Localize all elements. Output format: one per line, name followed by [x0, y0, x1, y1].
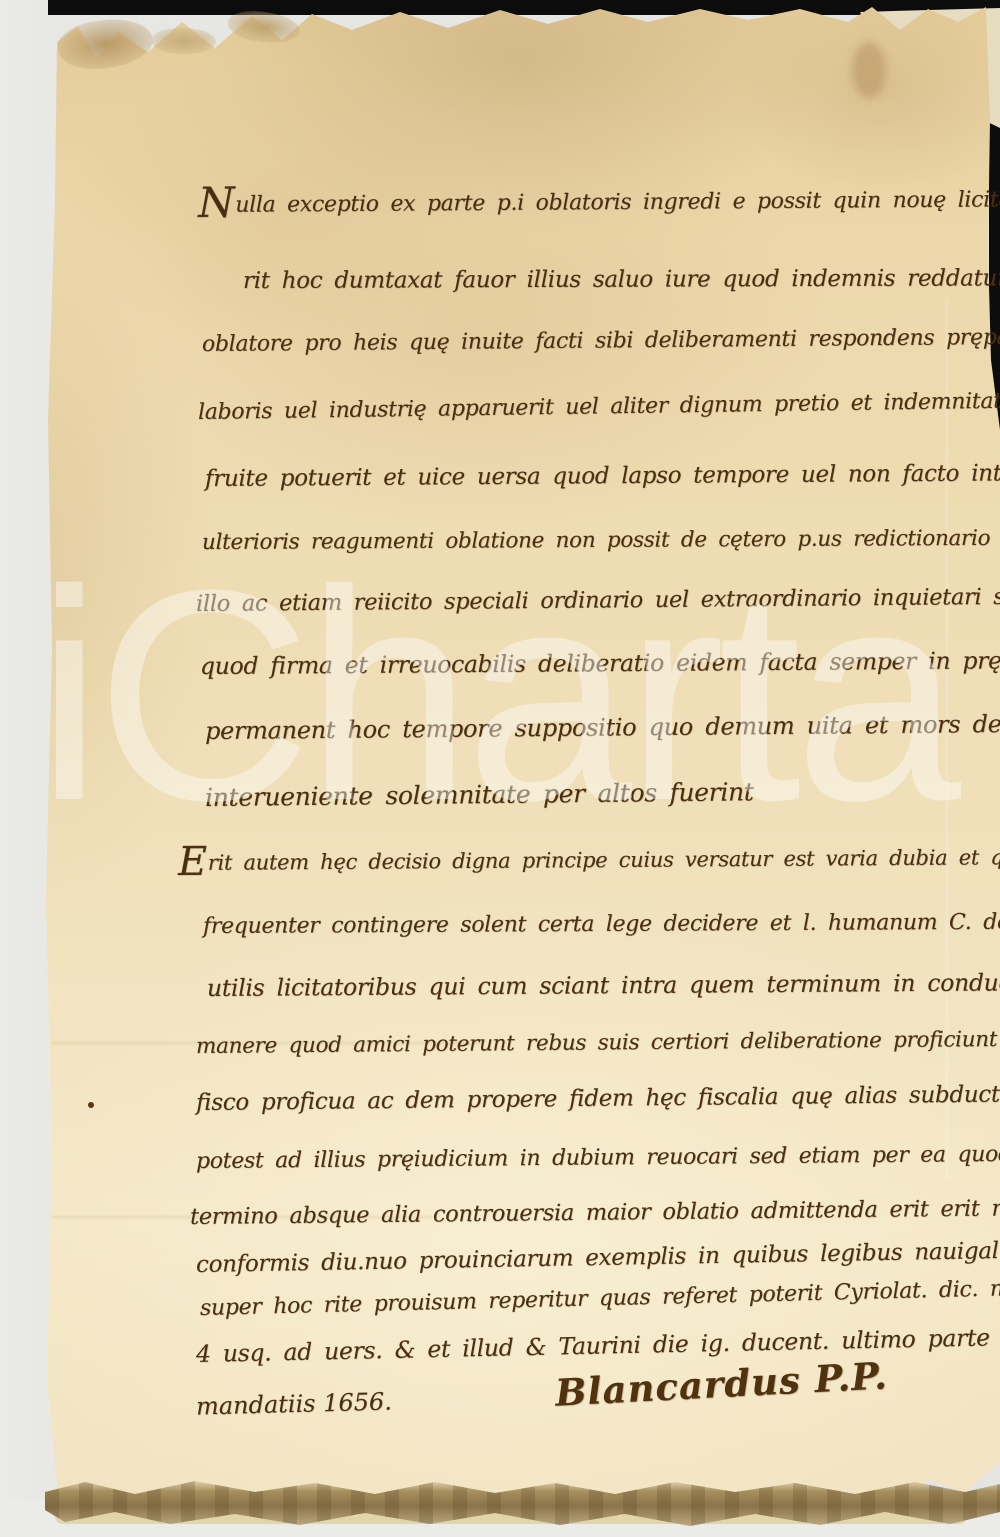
manuscript-line: potest ad illius pręiudicium in dubium r…	[196, 1141, 1000, 1174]
flourished-initial: E	[178, 839, 207, 885]
manuscript-line: frequenter contingere solent certa lege …	[203, 909, 1000, 939]
manuscript-line: rit hoc dumtaxat fauor illius saluo iure…	[243, 265, 1000, 294]
manuscript-line: ulterioris reagumenti oblatione non poss…	[202, 525, 1000, 555]
flourished-initial: N	[198, 178, 235, 227]
manuscript-line: utilis licitatoribus qui cum sciant intr…	[207, 968, 1000, 1002]
scanned-manuscript-page: Nulla exceptio ex parte p.i oblatoris in…	[0, 0, 1000, 1537]
manuscript-line: Nulla exceptio ex parte p.i oblatoris in…	[198, 187, 1000, 218]
manuscript-line: laboris uel industrię apparuerit uel ali…	[198, 388, 1000, 425]
manuscript-line: manere quod amici poterunt rebus suis ce…	[196, 1026, 1000, 1059]
manuscript-line: permanent hoc tempore suppositio quo dem…	[205, 710, 1000, 745]
manuscript-line: Erit autem hęc decisio digna principe cu…	[178, 844, 1000, 875]
manuscript-line: conformis diu.nuo prouinciarum exemplis …	[196, 1237, 1000, 1278]
handwritten-text-block: Nulla exceptio ex parte p.i oblatoris in…	[0, 0, 1000, 1537]
manuscript-line: oblatore pro heis quę inuite facti sibi …	[202, 324, 1000, 357]
manuscript-line: interueniente solemnitate per altos fuer…	[205, 777, 754, 812]
manuscript-line: fisco proficua ac dem propere fidem hęc …	[196, 1081, 1000, 1116]
manuscript-line: illo ac etiam reiicito speciali ordinari…	[196, 584, 1000, 617]
manuscript-line: termino absque alia controuersia maior o…	[190, 1195, 1000, 1230]
manuscript-line: super hoc rite prouisum reperitur quas r…	[200, 1273, 1000, 1321]
manuscript-line: quod firma et irreuocabilis deliberatio …	[200, 646, 1000, 680]
manuscript-line: fruite potuerit et uice uersa quod lapso…	[205, 460, 1000, 492]
manuscript-dateline: mandatiis 1656.	[196, 1387, 393, 1420]
